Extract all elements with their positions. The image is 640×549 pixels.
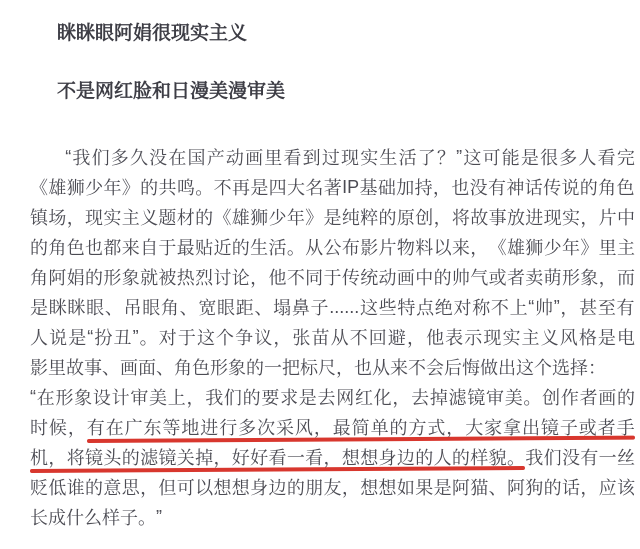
article-line: 长成什么样子。” — [30, 502, 635, 532]
article-line: “在形象设计审美上，我们的要求是去网红化，去掉滤镜审美。创作者画的 — [30, 382, 635, 412]
article-line: 人说是“扮丑”。对于这个争议，张苗从不回避，他表示现实主义风格是电 — [30, 322, 635, 352]
article-line: 时候，有在广东等地进行多次采风，最简单的方式，大家拿出镜子或者手 — [30, 412, 635, 442]
page-subtitle: 不是网红脸和日漫美漫审美 — [57, 80, 285, 104]
paragraph-indent — [30, 157, 64, 158]
article-line: 《雄狮少年》的共鸣。不再是四大名著IP基础加持，也没有神话传说的角色 — [30, 172, 635, 202]
article-body: “我们多久没在国产动画里看到过现实生活了？”这可能是很多人看完《雄狮少年》的共鸣… — [30, 142, 635, 532]
article-line: 机，将镜头的滤镜关掉，好好看一看，想想身边的人的样貌。我们没有一丝 — [30, 442, 635, 472]
article-line: 影里故事、画面、角色形象的一把标尺，也从来不会后悔做出这个选择： — [30, 352, 635, 382]
article-line: 角阿娟的形象就被热烈讨论，他不同于传统动画中的帅气或者卖萌形象，而 — [30, 262, 635, 292]
article-line: “我们多久没在国产动画里看到过现实生活了？”这可能是很多人看完 — [30, 142, 635, 172]
article-line: 是眯眯眼、吊眼角、宽眼距、塌鼻子......这些特点绝对称不上“帅”，甚至有 — [30, 292, 635, 322]
article-line: 镇场，现实主义题材的《雄狮少年》是纯粹的原创，将故事放进现实，片中 — [30, 202, 635, 232]
article-page: { "page": { "bg": "#ffffff", "text_color… — [0, 0, 640, 549]
article-line: 贬低谁的意思，但可以想想身边的朋友，想想如果是阿猫、阿狗的话，应该 — [30, 472, 635, 502]
article-line: 的角色也都来自于最贴近的生活。从公布影片物料以来，《雄狮少年》里主 — [30, 232, 635, 262]
page-title: 眯眯眼阿娟很现实主义 — [57, 22, 247, 46]
